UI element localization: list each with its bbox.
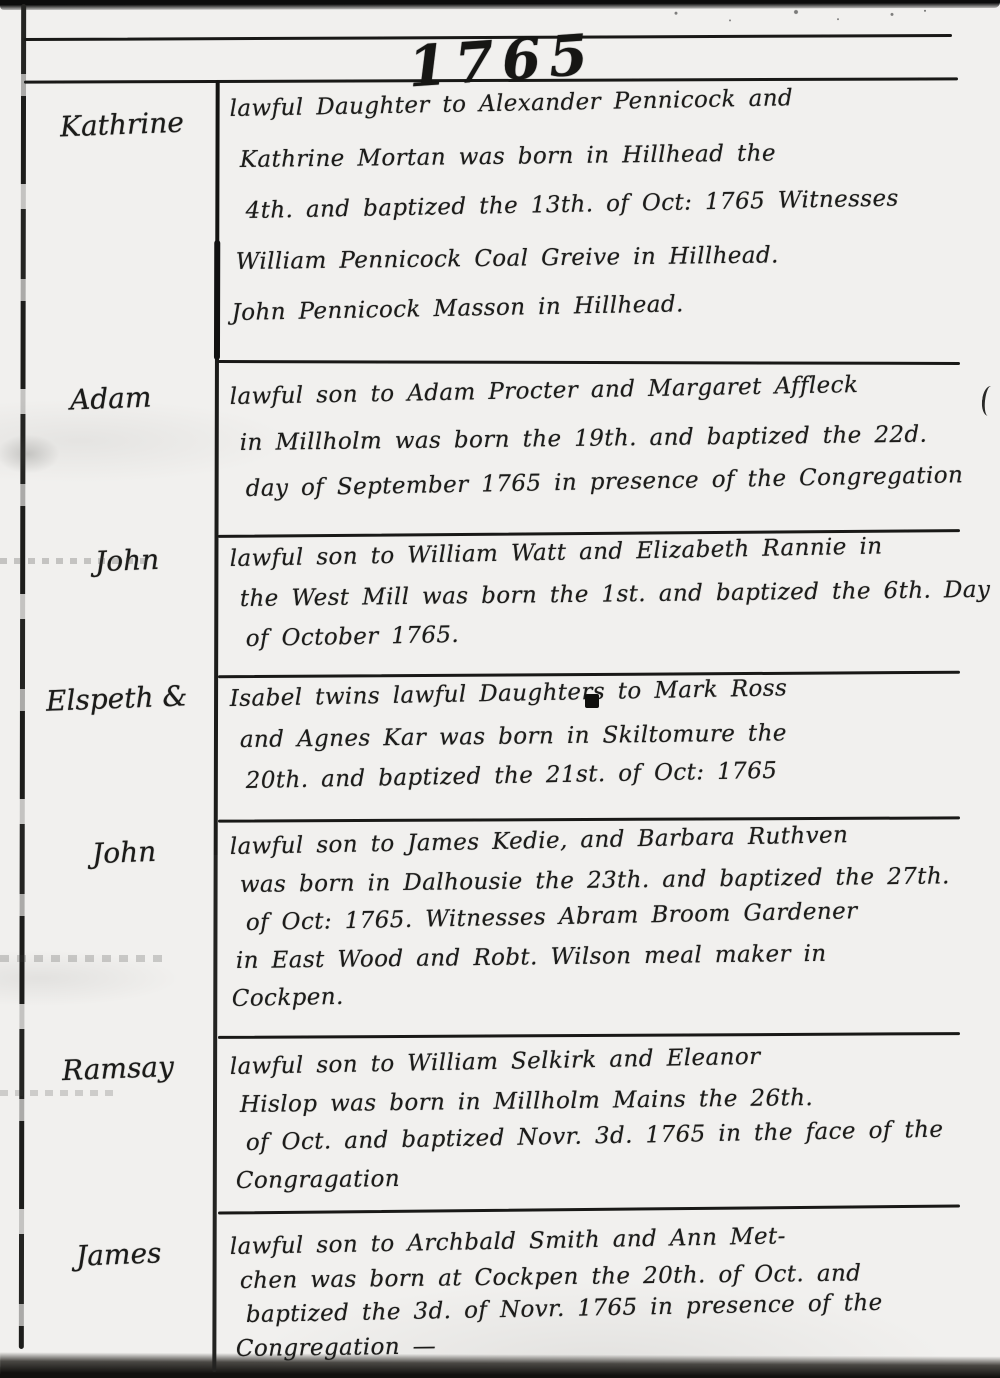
row-divider-1 bbox=[218, 360, 960, 364]
column-divider-line bbox=[212, 80, 219, 1372]
row-divider-3 bbox=[218, 671, 960, 678]
scan-edge-left bbox=[19, 4, 26, 1349]
margin-smudge bbox=[0, 428, 70, 480]
record-line: Isabel twins lawful Daughters to Mark Ro… bbox=[230, 675, 788, 727]
margin-smudge bbox=[0, 1090, 120, 1096]
record-name: James bbox=[75, 1236, 162, 1272]
ink-blot bbox=[585, 694, 599, 708]
record-name: Adam bbox=[69, 380, 152, 416]
record-line: lawful son to Adam Procter and Margaret … bbox=[229, 370, 963, 430]
record-name: Elspeth & bbox=[45, 679, 188, 717]
record-name: Kathrine bbox=[59, 106, 184, 144]
row-divider-5 bbox=[218, 1032, 960, 1038]
record-line: Congragation bbox=[236, 1159, 944, 1206]
record-line: Congregation — bbox=[236, 1328, 883, 1370]
scan-speckle bbox=[640, 6, 940, 30]
record-line: lawful Daughter to Alexander Pennicock a… bbox=[229, 83, 899, 147]
record-name: John bbox=[91, 835, 156, 870]
margin-smudge bbox=[0, 955, 165, 962]
parish-register-page: 1765 Kathrine lawful Daughter to Alexand… bbox=[0, 0, 1000, 1378]
record-name: Ramsay bbox=[61, 1050, 174, 1087]
stray-ink-mark bbox=[980, 385, 998, 416]
margin-smudge bbox=[0, 558, 150, 564]
